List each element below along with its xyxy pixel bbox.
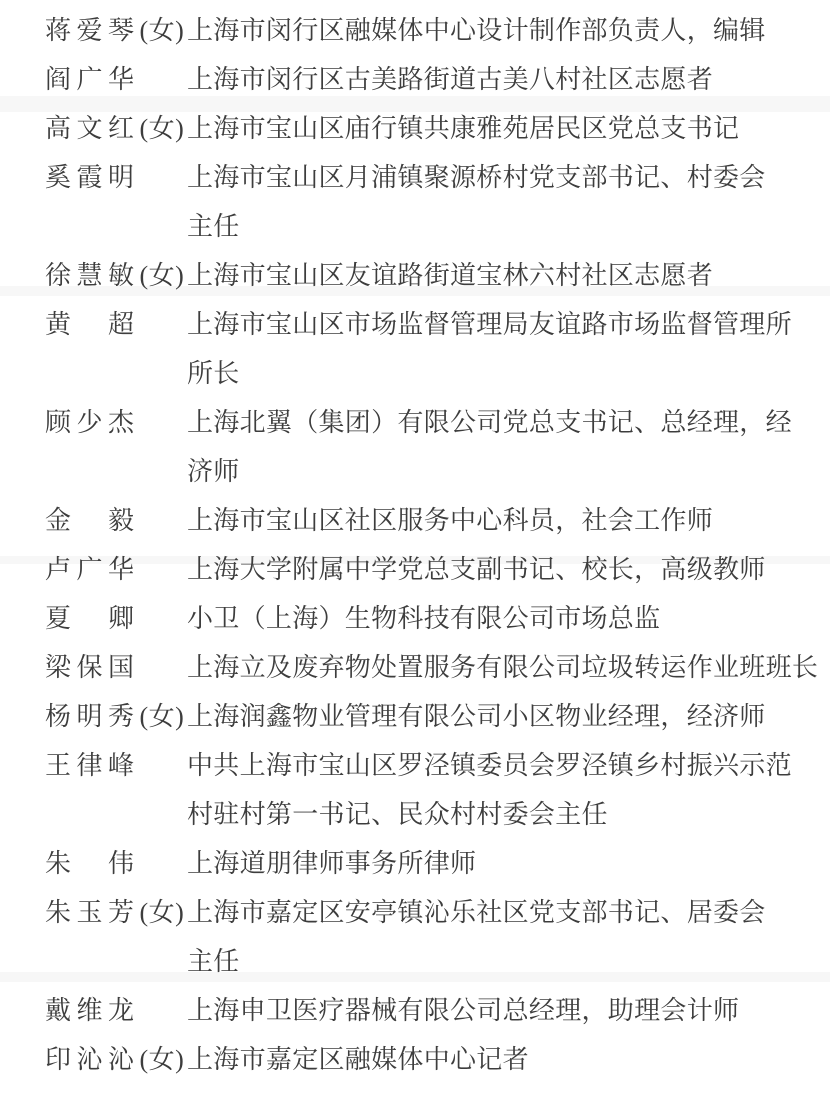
person-name: 蒋爱琴: [45, 16, 140, 45]
person-description: 上海润鑫物业管理有限公司小区物业经理，经济师: [187, 692, 794, 741]
description-line: 村驻村第一书记、民众村村委会主任: [187, 790, 794, 839]
person-name: 黄 超: [45, 310, 140, 339]
person-description: 上海市嘉定区安亭镇沁乐社区党支部书记、居委会主任: [187, 888, 794, 986]
name-cell: 夏 卿: [45, 594, 187, 643]
person-description: 上海立及废弃物处置服务有限公司垃圾转运作业班班长: [187, 643, 794, 692]
name-cell: 梁保国: [45, 643, 187, 692]
list-item: 奚霞明 上海市宝山区月浦镇聚源桥村党支部书记、村委会主任: [45, 153, 794, 251]
list-item: 梁保国 上海立及废弃物处置服务有限公司垃圾转运作业班班长: [45, 643, 794, 692]
description-line: 小卫（上海）生物科技有限公司市场总监: [187, 594, 794, 643]
description-line: 上海市宝山区市场监督管理局友谊路市场监督管理所: [187, 300, 794, 349]
person-description: 上海市宝山区社区服务中心科员，社会工作师: [187, 496, 794, 545]
person-name: 朱玉芳: [45, 898, 140, 927]
list-item: 金 毅 上海市宝山区社区服务中心科员，社会工作师: [45, 496, 794, 545]
description-line: 济师: [187, 447, 794, 496]
person-name: 金 毅: [45, 506, 140, 535]
name-cell: 朱玉芳(女): [45, 888, 187, 937]
person-name: 卢广华: [45, 555, 140, 584]
person-description: 上海市闵行区融媒体中心设计制作部负责人，编辑: [187, 6, 794, 55]
list-item: 戴维龙 上海申卫医疗器械有限公司总经理，助理会计师: [45, 986, 794, 1035]
name-cell: 金 毅: [45, 496, 187, 545]
description-line: 主任: [187, 937, 794, 986]
recipient-list: 蒋爱琴(女) 上海市闵行区融媒体中心设计制作部负责人，编辑 阎广华 上海市闵行区…: [0, 0, 830, 1084]
description-line: 上海润鑫物业管理有限公司小区物业经理，经济师: [187, 692, 794, 741]
list-item: 顾少杰 上海北翼（集团）有限公司党总支书记、总经理，经济师: [45, 398, 794, 496]
description-line: 所长: [187, 349, 794, 398]
name-cell: 徐慧敏(女): [45, 251, 187, 300]
name-cell: 顾少杰: [45, 398, 187, 447]
person-name: 高文红: [45, 114, 140, 143]
name-cell: 王律峰: [45, 741, 187, 790]
person-description: 上海道朋律师事务所律师: [187, 839, 794, 888]
list-item: 高文红(女) 上海市宝山区庙行镇共康雅苑居民区党总支书记: [45, 104, 794, 153]
description-line: 上海大学附属中学党总支副书记、校长，高级教师: [187, 545, 794, 594]
gender-note: (女): [140, 898, 185, 927]
list-item: 杨明秀(女) 上海润鑫物业管理有限公司小区物业经理，经济师: [45, 692, 794, 741]
person-name: 印沁沁: [45, 1045, 140, 1074]
person-name: 王律峰: [45, 751, 140, 780]
person-description: 中共上海市宝山区罗泾镇委员会罗泾镇乡村振兴示范村驻村第一书记、民众村村委会主任: [187, 741, 794, 839]
person-name: 奚霞明: [45, 163, 140, 192]
gender-note: (女): [140, 702, 185, 731]
gender-note: (女): [140, 114, 185, 143]
list-item: 夏 卿 小卫（上海）生物科技有限公司市场总监: [45, 594, 794, 643]
description-line: 上海市宝山区社区服务中心科员，社会工作师: [187, 496, 794, 545]
person-name: 阎广华: [45, 65, 140, 94]
person-name: 顾少杰: [45, 408, 140, 437]
gender-note: (女): [140, 261, 185, 290]
person-name: 戴维龙: [45, 996, 140, 1025]
person-description: 上海市宝山区友谊路街道宝林六村社区志愿者: [187, 251, 794, 300]
description-line: 上海市宝山区月浦镇聚源桥村党支部书记、村委会: [187, 153, 794, 202]
list-item: 王律峰 中共上海市宝山区罗泾镇委员会罗泾镇乡村振兴示范村驻村第一书记、民众村村委…: [45, 741, 794, 839]
description-line: 中共上海市宝山区罗泾镇委员会罗泾镇乡村振兴示范: [187, 741, 794, 790]
name-cell: 蒋爱琴(女): [45, 6, 187, 55]
name-cell: 高文红(女): [45, 104, 187, 153]
list-item: 徐慧敏(女) 上海市宝山区友谊路街道宝林六村社区志愿者: [45, 251, 794, 300]
person-description: 上海大学附属中学党总支副书记、校长，高级教师: [187, 545, 794, 594]
name-cell: 戴维龙: [45, 986, 187, 1035]
person-description: 上海市宝山区市场监督管理局友谊路市场监督管理所所长: [187, 300, 794, 398]
description-line: 上海市闵行区融媒体中心设计制作部负责人，编辑: [187, 6, 794, 55]
description-line: 上海市闵行区古美路街道古美八村社区志愿者: [187, 55, 794, 104]
description-line: 上海市宝山区庙行镇共康雅苑居民区党总支书记: [187, 104, 794, 153]
description-line: 上海北翼（集团）有限公司党总支书记、总经理，经: [187, 398, 794, 447]
person-description: 小卫（上海）生物科技有限公司市场总监: [187, 594, 794, 643]
gender-note: (女): [140, 16, 185, 45]
name-cell: 黄 超: [45, 300, 187, 349]
person-name: 夏 卿: [45, 604, 140, 633]
description-line: 上海立及废弃物处置服务有限公司垃圾转运作业班班长: [187, 643, 794, 692]
list-item: 卢广华 上海大学附属中学党总支副书记、校长，高级教师: [45, 545, 794, 594]
person-description: 上海市嘉定区融媒体中心记者: [187, 1035, 794, 1084]
person-description: 上海申卫医疗器械有限公司总经理，助理会计师: [187, 986, 794, 1035]
name-cell: 卢广华: [45, 545, 187, 594]
description-line: 上海市嘉定区安亭镇沁乐社区党支部书记、居委会: [187, 888, 794, 937]
description-line: 上海道朋律师事务所律师: [187, 839, 794, 888]
person-name: 徐慧敏: [45, 261, 140, 290]
person-description: 上海市闵行区古美路街道古美八村社区志愿者: [187, 55, 794, 104]
person-name: 梁保国: [45, 653, 140, 682]
description-line: 上海市嘉定区融媒体中心记者: [187, 1035, 794, 1084]
list-item: 蒋爱琴(女) 上海市闵行区融媒体中心设计制作部负责人，编辑: [45, 6, 794, 55]
person-description: 上海北翼（集团）有限公司党总支书记、总经理，经济师: [187, 398, 794, 496]
name-cell: 奚霞明: [45, 153, 187, 202]
list-item: 朱 伟 上海道朋律师事务所律师: [45, 839, 794, 888]
person-description: 上海市宝山区庙行镇共康雅苑居民区党总支书记: [187, 104, 794, 153]
description-line: 主任: [187, 202, 794, 251]
person-description: 上海市宝山区月浦镇聚源桥村党支部书记、村委会主任: [187, 153, 794, 251]
name-cell: 阎广华: [45, 55, 187, 104]
person-name: 杨明秀: [45, 702, 140, 731]
list-item: 朱玉芳(女) 上海市嘉定区安亭镇沁乐社区党支部书记、居委会主任: [45, 888, 794, 986]
person-name: 朱 伟: [45, 849, 140, 878]
gender-note: (女): [140, 1045, 185, 1074]
name-cell: 杨明秀(女): [45, 692, 187, 741]
list-item: 黄 超 上海市宝山区市场监督管理局友谊路市场监督管理所所长: [45, 300, 794, 398]
name-cell: 朱 伟: [45, 839, 187, 888]
description-line: 上海市宝山区友谊路街道宝林六村社区志愿者: [187, 251, 794, 300]
description-line: 上海申卫医疗器械有限公司总经理，助理会计师: [187, 986, 794, 1035]
name-cell: 印沁沁(女): [45, 1035, 187, 1084]
list-item: 印沁沁(女) 上海市嘉定区融媒体中心记者: [45, 1035, 794, 1084]
list-item: 阎广华 上海市闵行区古美路街道古美八村社区志愿者: [45, 55, 794, 104]
